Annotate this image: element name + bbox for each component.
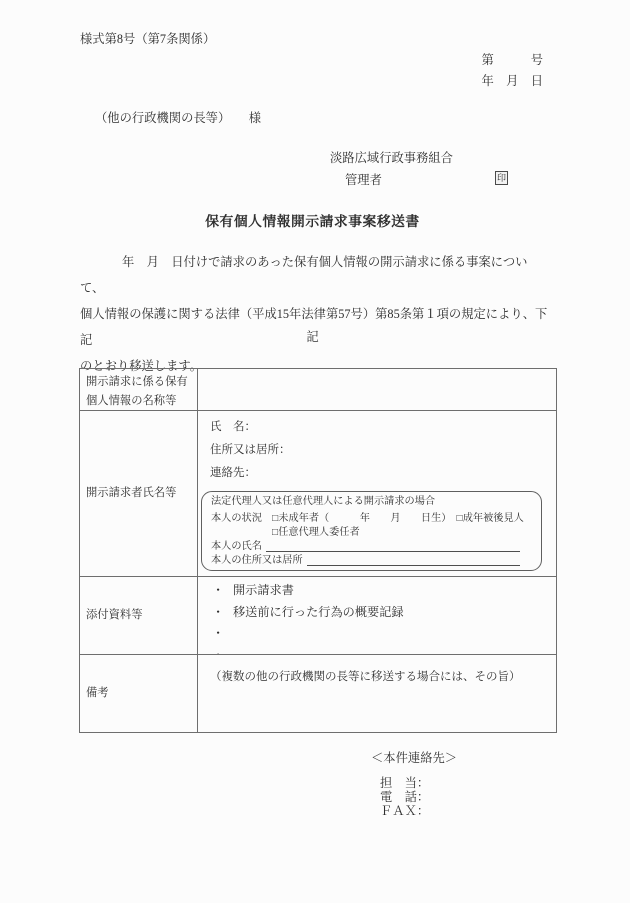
row-label-line: 個人情報の名称等 xyxy=(86,392,192,411)
contact-lines: 担 当： 電 話： ＦＡＸ： xyxy=(380,776,429,818)
principal-name-row: 本人の氏名 xyxy=(211,540,532,554)
bullet-icon: ・ xyxy=(212,645,233,656)
bullet-icon: ・ xyxy=(212,602,233,624)
list-item: ・ xyxy=(212,623,556,645)
row-label-requester-name: 開示請求者氏名等 xyxy=(80,411,198,577)
remarks-cell: （複数の他の行政機関の長等に移送する場合には、その旨） xyxy=(198,655,556,732)
body-paragraph: 年 月 日付けで請求のあった保有個人情報の開示請求に係る事案について、 個人情報… xyxy=(80,249,550,379)
principal-address-label: 本人の住所又は居所 xyxy=(211,554,303,568)
document-number-line: 第 号 xyxy=(0,52,543,70)
form-table: 開示請求に係る保有 個人情報の名称等 開示請求者氏名等 氏 名： 住所又は居所：… xyxy=(79,368,557,733)
agent-request-box: 法定代理人又は任意代理人による開示請求の場合 本人の状況 □未成年者（ 年 月 … xyxy=(201,491,542,571)
list-item: ・ xyxy=(212,645,556,656)
page-title: 保有個人情報開示請求事案移送書 xyxy=(79,212,546,232)
name-field-label: 氏 名： xyxy=(210,416,542,439)
contact-fax-label: ＦＡＸ： xyxy=(380,804,429,818)
attachment-item-label: 移送前に行った行為の概要記録 xyxy=(233,602,404,624)
row-label-attachments: 添付資料等 xyxy=(80,577,198,655)
list-item: ・ 開示請求書 xyxy=(212,580,556,602)
sender-title: 管理者 xyxy=(345,172,382,190)
seal-mark-icon: 印 xyxy=(495,171,508,185)
list-item: ・ 移送前に行った行為の概要記録 xyxy=(212,602,556,624)
principal-name-underline xyxy=(266,540,520,552)
bullet-icon: ・ xyxy=(212,580,233,602)
sender-organization: 淡路広域行政事務組合 xyxy=(330,150,453,168)
voluntary-agent-checkbox-line: □任意代理人委任者 xyxy=(272,526,532,540)
principal-name-label: 本人の氏名 xyxy=(211,540,262,554)
principal-address-underline xyxy=(307,554,520,566)
agent-box-title: 法定代理人又は任意代理人による開示請求の場合 xyxy=(211,495,532,509)
requester-details-cell: 氏 名： 住所又は居所： 連絡先： 法定代理人又は任意代理人による開示請求の場合… xyxy=(198,411,556,577)
ki-label: 記 xyxy=(79,329,546,347)
attachment-item-label: 開示請求書 xyxy=(233,580,294,602)
requester-fields: 氏 名： 住所又は居所： 連絡先： xyxy=(210,416,542,485)
form-number: 様式第8号（第7条関係） xyxy=(80,31,215,49)
row-label-remarks: 備考 xyxy=(80,655,198,732)
body-line: 年 月 日付けで請求のあった保有個人情報の開示請求に係る事案について、 xyxy=(80,249,550,301)
information-name-value-cell xyxy=(198,369,556,411)
date-line: 年 月 日 xyxy=(0,73,543,91)
bullet-icon: ・ xyxy=(212,623,233,645)
contact-field-label: 連絡先： xyxy=(210,462,542,485)
row-label-information-name: 開示請求に係る保有 個人情報の名称等 xyxy=(80,369,198,411)
principal-status-line: 本人の状況 □未成年者（ 年 月 日生） □成年被後見人 xyxy=(211,512,532,526)
row-label-line: 開示請求に係る保有 xyxy=(86,373,192,392)
document-page: 様式第8号（第7条関係） 第 号 年 月 日 （他の行政機関の長等） 様 淡路広… xyxy=(0,0,630,903)
contact-phone-label: 電 話： xyxy=(380,790,429,804)
principal-address-row: 本人の住所又は居所 xyxy=(211,554,532,568)
contact-section-header: ＜本件連絡先＞ xyxy=(371,750,457,768)
address-field-label: 住所又は居所： xyxy=(210,439,542,462)
addressee-line: （他の行政機関の長等） 様 xyxy=(95,110,261,128)
attachments-list-cell: ・ 開示請求書 ・ 移送前に行った行為の概要記録 ・ ・ xyxy=(198,577,556,655)
contact-person-label: 担 当： xyxy=(380,776,429,790)
